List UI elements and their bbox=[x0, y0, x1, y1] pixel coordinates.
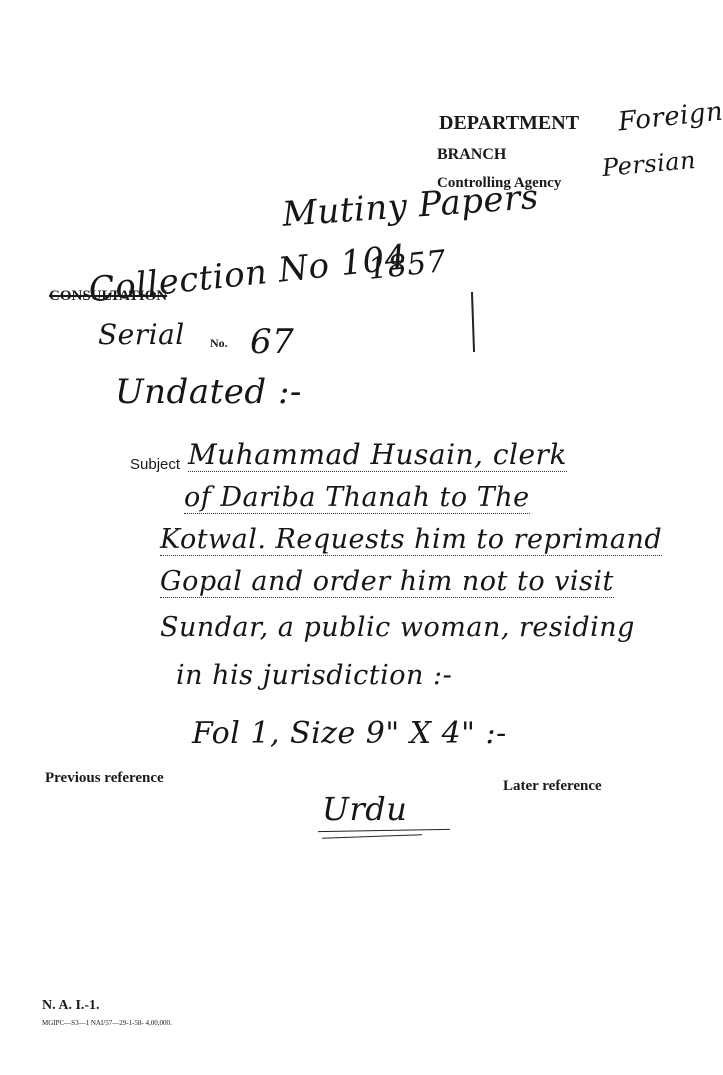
date-note: Undated :- bbox=[115, 372, 302, 412]
subject-label: Subject bbox=[130, 456, 180, 473]
subject-line-2: of Dariba Thanah to The bbox=[184, 482, 530, 514]
language-underline-2 bbox=[322, 834, 422, 838]
later-reference-label: Later reference bbox=[503, 778, 602, 795]
department-value: Foreign bbox=[617, 97, 723, 138]
subject-line-1: Muhammad Husain, clerk bbox=[188, 438, 567, 472]
folio-size: Fol 1, Size 9" X 4" :- bbox=[192, 716, 507, 751]
branch-label: BRANCH bbox=[437, 146, 506, 164]
form-code: N. A. I.-1. bbox=[42, 998, 100, 1014]
language-note: Urdu bbox=[322, 790, 407, 828]
branch-value: Persian bbox=[601, 146, 697, 182]
serial-value: 67 bbox=[250, 322, 294, 362]
department-label: DEPARTMENT bbox=[439, 112, 579, 135]
margin-stroke bbox=[471, 292, 475, 352]
serial-prefix: Serial bbox=[98, 318, 185, 351]
consultation-label: CONSULTATION bbox=[49, 288, 167, 305]
subject-line-6: in his jurisdiction :- bbox=[176, 660, 452, 691]
language-underline bbox=[318, 829, 450, 832]
subject-line-3: Kotwal. Requests him to reprimand bbox=[160, 524, 662, 556]
serial-no-label: No. bbox=[210, 336, 228, 351]
subject-line-5: Sundar, a public woman, residing bbox=[160, 612, 635, 643]
title-annotation: Mutiny Papers bbox=[281, 177, 540, 235]
print-line: MGIPC—S3—1 NAI/57—29-1-58- 4,00,000. bbox=[42, 1019, 172, 1027]
subject-line-4: Gopal and order him not to visit bbox=[160, 566, 614, 598]
previous-reference-label: Previous reference bbox=[45, 770, 164, 787]
